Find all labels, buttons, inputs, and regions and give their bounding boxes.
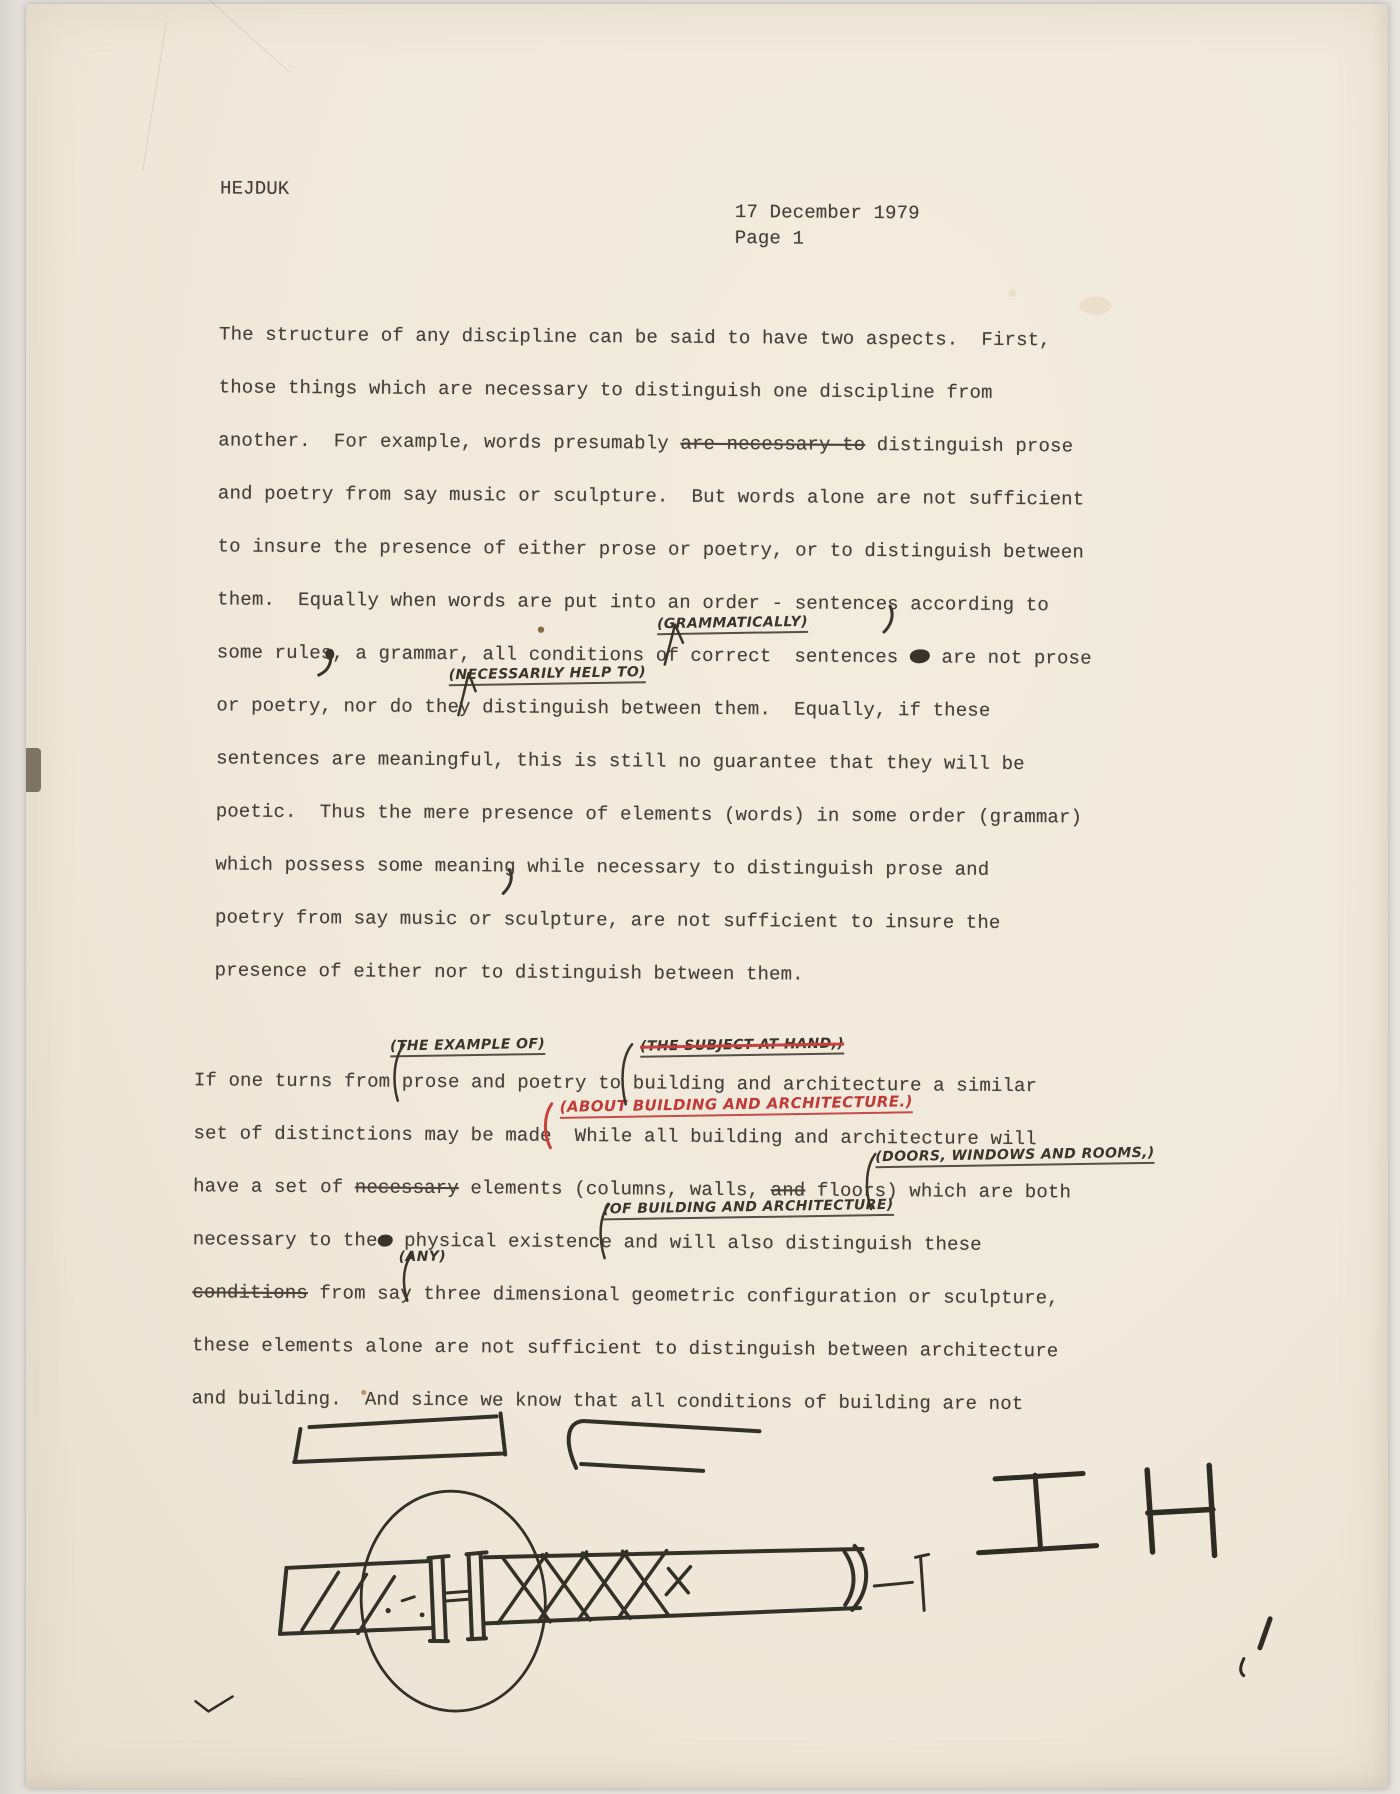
typed-line: another. For example, words presumably a… bbox=[218, 427, 1073, 459]
typed-line: to insure the presence of either prose o… bbox=[217, 533, 1084, 565]
struck-text: conditions bbox=[192, 1281, 308, 1304]
sketch-lone-x bbox=[666, 1567, 690, 1595]
typed-line: these elements alone are not sufficient … bbox=[192, 1332, 1059, 1364]
sketch-h-web bbox=[446, 1591, 468, 1601]
sketch-crosshatch-b bbox=[502, 1550, 668, 1622]
handwritten-insertion-red: (ABOUT BUILDING AND ARCHITECTURE.) bbox=[560, 1092, 913, 1119]
sketch-h-plate-left bbox=[428, 1556, 449, 1641]
handwritten-insertion: (OF BUILDING AND ARCHITECTURE) bbox=[603, 1197, 894, 1221]
sketch-group bbox=[280, 1412, 930, 1645]
typed-line: set of distinctions may be made While al… bbox=[193, 1120, 1036, 1152]
hand-marks-overlay bbox=[0, 0, 1400, 1794]
typed-segment: another. For example, words presumably bbox=[218, 429, 680, 454]
handwritten-insertion: (DOORS, WINDOWS AND ROOMS,) bbox=[875, 1145, 1155, 1168]
struck-text: necessary bbox=[355, 1176, 459, 1199]
typed-segment: are not prose bbox=[930, 646, 1092, 669]
handwritten-insertion: (THE EXAMPLE OF) bbox=[390, 1036, 545, 1057]
typed-segment: physical existence and will also disting… bbox=[393, 1230, 982, 1256]
typed-line: conditions from say three dimensional ge… bbox=[192, 1279, 1059, 1311]
typed-line: which possess some meaning while necessa… bbox=[215, 851, 989, 882]
typed-segment: necessary to the bbox=[193, 1228, 378, 1251]
sketch-h-plate-right bbox=[466, 1552, 487, 1639]
typed-line: The structure of any discipline can be s… bbox=[219, 321, 1051, 353]
typed-line: or poetry, nor do they distinguish betwe… bbox=[216, 692, 990, 723]
typed-line: poetry from say music or sculpture, are … bbox=[215, 904, 1001, 935]
stray-pen-marks bbox=[195, 1611, 1270, 1718]
typed-line: poetic. Thus the mere presence of elemen… bbox=[216, 798, 1083, 830]
sketch-hatch-left bbox=[302, 1572, 394, 1634]
typed-segment: distinguish prose bbox=[865, 434, 1073, 457]
handwritten-insertion: (NECESSARILY HELP TO) bbox=[449, 664, 647, 686]
inked-out-word bbox=[910, 649, 930, 663]
check-mark bbox=[195, 1696, 232, 1711]
sketch-beam-right-cap bbox=[844, 1546, 866, 1610]
sketch-beam-bottom-edge bbox=[280, 1604, 860, 1638]
typed-segment: some rules, a grammar, all conditions of… bbox=[217, 641, 910, 668]
typed-line: them. Equally when words are put into an… bbox=[217, 586, 1049, 618]
typed-line: those things which are necessary to dist… bbox=[219, 374, 993, 405]
typed-line: presence of either nor to distinguish be… bbox=[215, 957, 804, 987]
typed-line: and poetry from say music or sculpture. … bbox=[218, 480, 1085, 512]
sketch-beam-left-cap bbox=[280, 1568, 286, 1634]
inked-out-letters bbox=[378, 1235, 393, 1247]
sketch-bar-right bbox=[569, 1421, 760, 1471]
page-number: Page 1 bbox=[735, 225, 804, 251]
typed-line: necessary to the physical existence and … bbox=[193, 1226, 982, 1258]
typed-segment: have a set of bbox=[193, 1175, 355, 1198]
typed-line: and building. And since we know that all… bbox=[192, 1385, 1024, 1417]
handwritten-insertion: (ANY) bbox=[399, 1249, 447, 1266]
sketch-dots bbox=[386, 1608, 425, 1617]
typed-line: some rules, a grammar, all conditions of… bbox=[217, 639, 1092, 671]
document-date: 17 December 1979 bbox=[735, 199, 920, 226]
sketch-beam-top-edge bbox=[286, 1545, 862, 1572]
handwritten-insertion: (GRAMMATICALLY) bbox=[657, 614, 808, 635]
sketch-dimension-tick bbox=[874, 1554, 928, 1610]
sketch-bar-left bbox=[294, 1412, 505, 1463]
typed-segment: from say three dimensional geometric con… bbox=[308, 1282, 1059, 1309]
author-name: HEJDUK bbox=[220, 175, 289, 201]
page-content: HEJDUK 17 December 1979 Page 1 The struc… bbox=[0, 0, 1400, 1794]
sketch-small-dash bbox=[402, 1597, 414, 1601]
sketch-crosshatch-a bbox=[498, 1549, 667, 1624]
letterform-H bbox=[1147, 1465, 1216, 1555]
handwritten-insertion-struck-red: (THE SUBJECT AT HAND,) bbox=[640, 1036, 844, 1058]
typed-line: sentences are meaningful, this is still … bbox=[216, 745, 1025, 777]
struck-text: are necessary to bbox=[680, 433, 865, 456]
letterform-I bbox=[979, 1473, 1098, 1554]
typed-segment: elements (columns, walls, bbox=[459, 1177, 771, 1201]
sketch-circle-around-connector bbox=[354, 1486, 551, 1717]
scanned-manuscript-screenshot: { "header": { "author": "HEJDUK", "date"… bbox=[0, 0, 1400, 1794]
